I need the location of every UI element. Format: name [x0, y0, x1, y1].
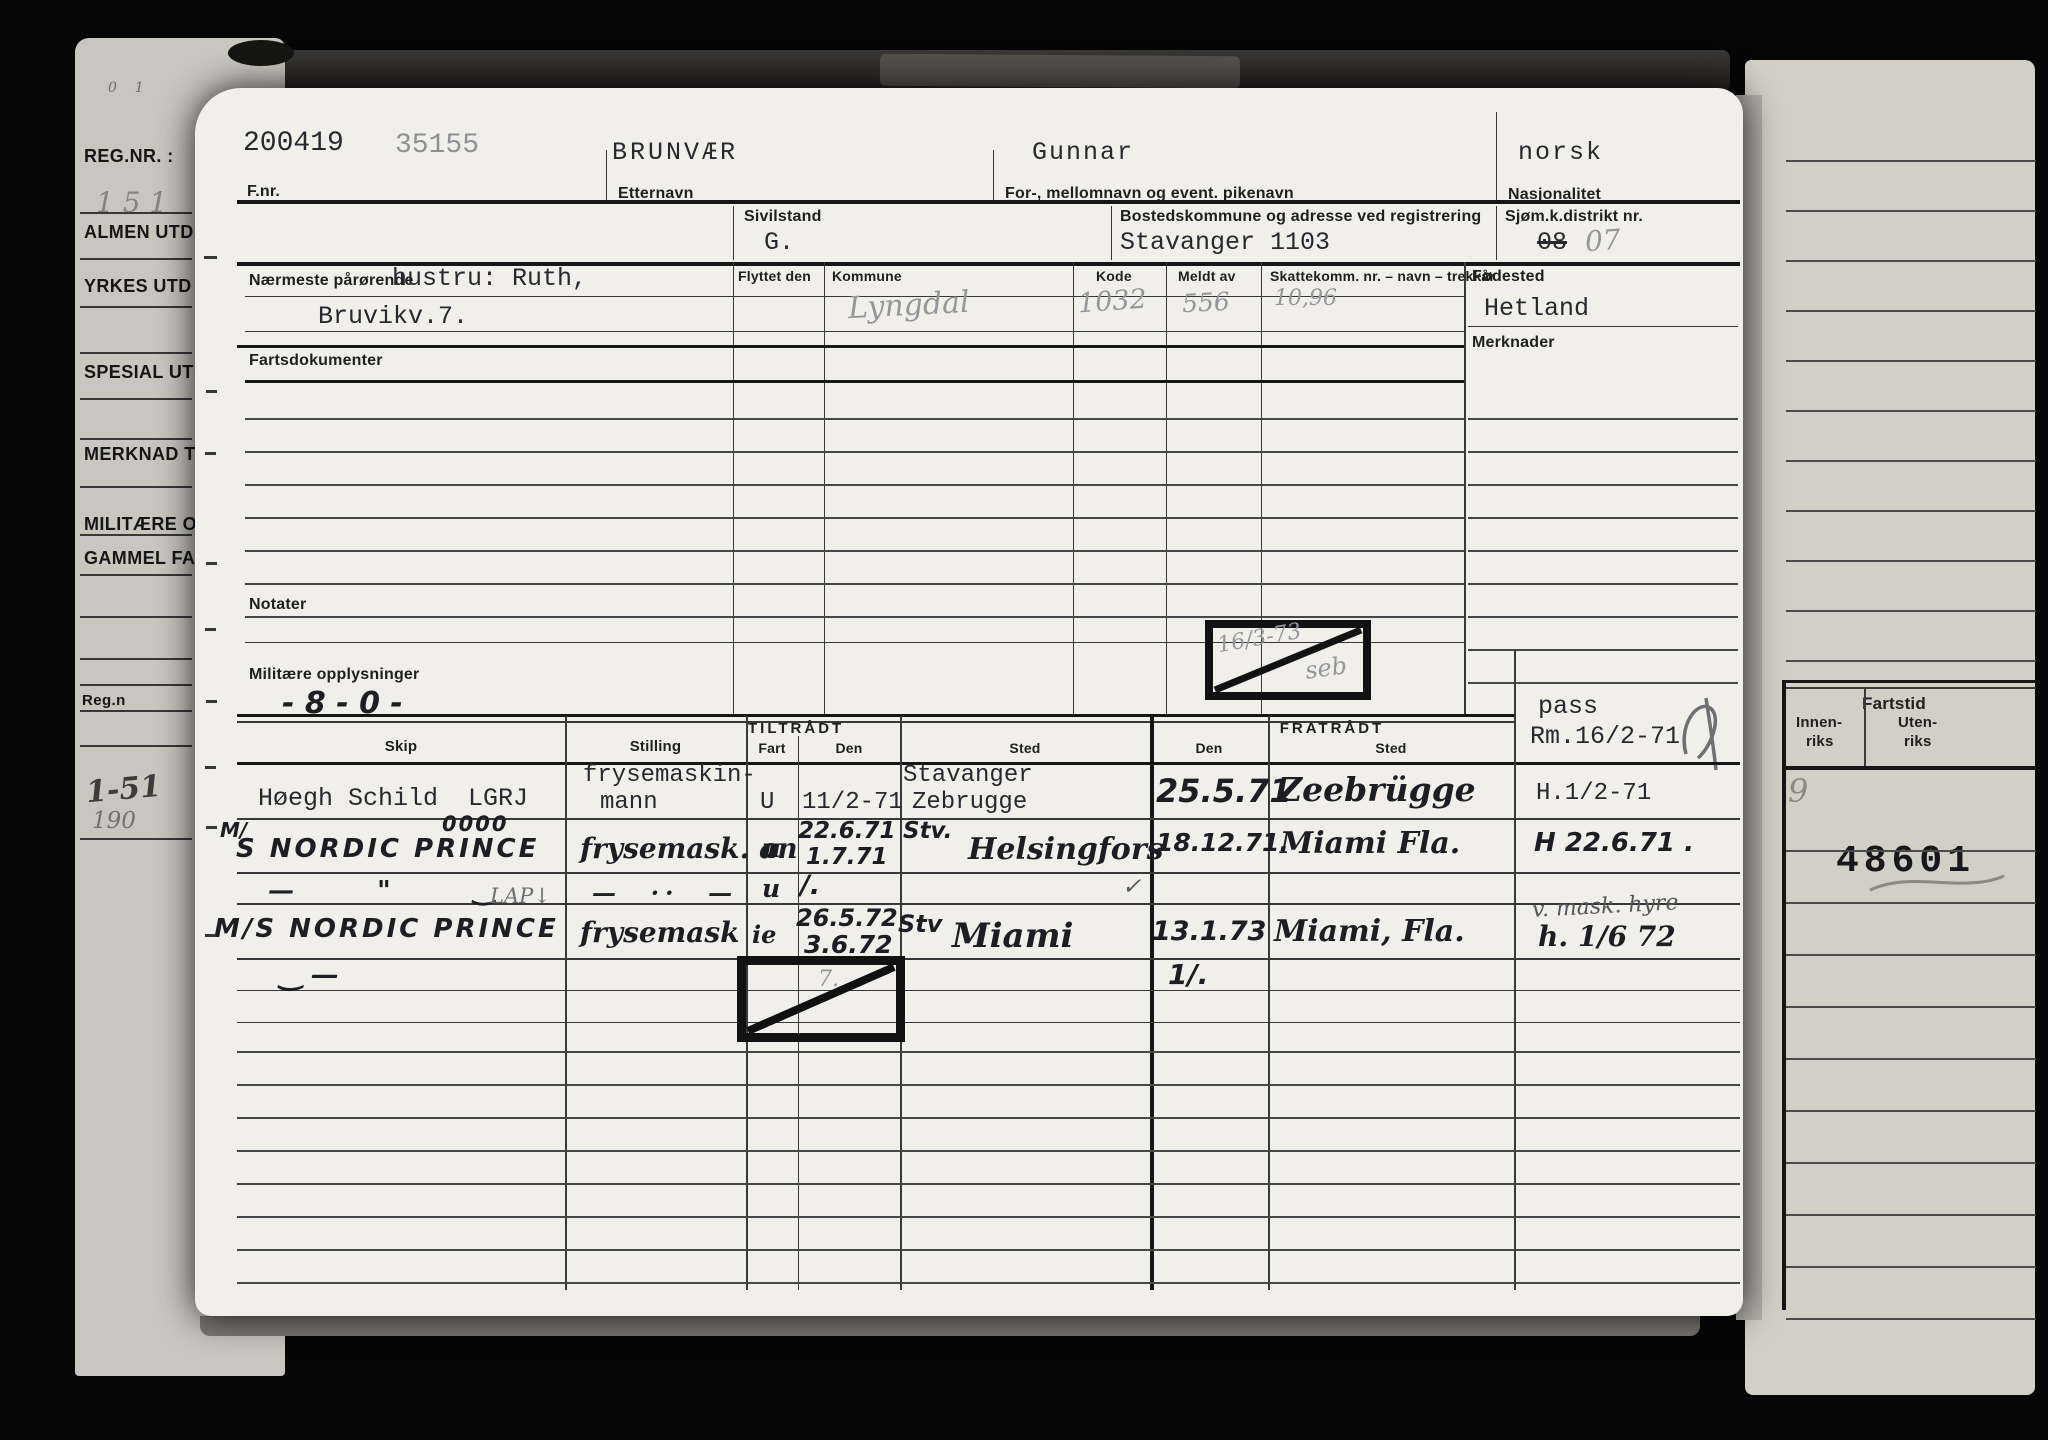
scanned-document-scene: 0 1 REG.NR. : 1 5 1 ALMEN UTD YRKES UTD …	[0, 0, 2048, 1440]
bottom-card-edge	[200, 1316, 1700, 1336]
code-label: Kode	[1096, 268, 1132, 284]
row2b-trade: u	[762, 874, 780, 903]
stamp-box-2-pencil: 7.	[818, 967, 839, 992]
section-line	[237, 345, 1464, 348]
nationality-value: norsk	[1518, 138, 1603, 167]
row2-joined-date1: 22.6.71	[798, 818, 896, 844]
divider-line	[80, 398, 192, 400]
col-header-left-place: Sted	[1268, 740, 1514, 756]
row-line	[237, 872, 1740, 874]
rule-line	[245, 331, 1464, 332]
row1-joined-place-line1: Stavanger	[903, 762, 1033, 789]
row2b-ship-ditto: — " ‿	[268, 876, 509, 906]
left-card-pencil-151b: 1-51	[85, 769, 163, 810]
remarks-ruled-lines	[1468, 387, 1738, 689]
fartstid-top-line	[1782, 680, 2036, 683]
row-line	[237, 990, 1740, 991]
divider-line	[80, 352, 192, 354]
divider-line	[80, 534, 192, 536]
code-value: 1032	[1077, 284, 1148, 320]
row3-ship-name: M/S NORDIC PRINCE	[214, 914, 559, 944]
marital-label: Sivilstand	[744, 208, 822, 226]
tax-label: Skattekomm. nr. – navn – trekkår	[1270, 268, 1495, 284]
row2-remark: H 22.6.71 .	[1534, 828, 1694, 858]
row3-joined-date2: 3.6.72	[804, 930, 893, 959]
punch-hole-shadow	[228, 40, 294, 66]
margin-tick	[206, 390, 217, 393]
reported-label: Meldt av	[1178, 268, 1236, 284]
section-line	[245, 380, 1464, 383]
kin-label: Nærmeste pårørende	[249, 272, 414, 290]
remarks-label: Merknader	[1472, 334, 1555, 352]
col-header-ship: Skip	[237, 738, 565, 755]
left-card-pencil-151: 1 5 1	[96, 186, 167, 219]
table-top-line	[237, 714, 1514, 717]
utenriks-label-1: Uten-	[1898, 714, 1937, 731]
row2-left-date: 18.12.71.	[1156, 828, 1289, 857]
row-line	[237, 958, 1740, 960]
fartstid-top-line2	[1782, 687, 2036, 689]
left-card-top-marks: 0 1	[108, 80, 144, 96]
row3-trade: ie	[752, 920, 776, 949]
margin-tick	[206, 700, 217, 703]
divider-line	[80, 616, 192, 618]
right-card-ruled-lines-upper	[1786, 112, 2036, 668]
left-card-label-militare: MILITÆRE O	[84, 514, 197, 535]
documents-label: Fartsdokumenter	[249, 352, 383, 370]
row2-joined-place-a: Stv.	[903, 818, 952, 844]
row1-ship-name: Høegh Schild LGRJ	[258, 784, 528, 813]
divider-line	[80, 710, 192, 712]
row3-joined-date1: 26.5.72	[796, 904, 898, 932]
divider-line	[80, 574, 192, 576]
field-separator	[733, 206, 734, 260]
row3b-ship-ditto: ‿—	[280, 958, 347, 991]
surname-value: BRUNVÆR	[612, 138, 738, 167]
left-card-label-gammel: GAMMEL FAR	[84, 548, 209, 569]
row1-joined-date: 11/2-71	[802, 789, 903, 816]
row3-left-place: Miami, Fla.	[1274, 914, 1465, 949]
reg-number: 200419	[243, 128, 344, 159]
military-label: Militære opplysninger	[249, 666, 419, 684]
torn-paper-highlight	[880, 54, 1240, 89]
tax-value: 10,96	[1274, 286, 1337, 311]
divider-line	[80, 438, 192, 440]
margin-tick	[206, 826, 217, 829]
margin-tick	[205, 452, 216, 455]
left-group-header: FRATRÅDT	[1150, 720, 1514, 737]
section-line	[237, 200, 1740, 204]
row3-joined-place-a: Stv	[898, 910, 942, 938]
row2b-position-ditto: — ·· —	[592, 878, 738, 907]
cancellation-stamp-box: 16/3-73 seb	[1205, 620, 1371, 700]
marital-value: G.	[764, 228, 794, 257]
district-label: Sjøm.k.distrikt nr.	[1505, 208, 1643, 226]
rule-line	[1468, 326, 1738, 327]
margin-tick	[204, 256, 217, 259]
col-header-left-date: Den	[1150, 740, 1268, 756]
municipality-value: Lyngdal	[847, 285, 970, 326]
moved-label: Flyttet den	[738, 268, 811, 284]
row2-trade: u	[762, 834, 781, 864]
kin-line2: Bruvikv.7.	[318, 302, 468, 331]
innenriks-label-1: Innen-	[1796, 714, 1842, 731]
field-separator	[606, 150, 607, 200]
district-old-value: 08	[1537, 228, 1567, 257]
row3-joined-place-b: Miami	[952, 916, 1073, 956]
kin-line1: hustru: Ruth,	[392, 264, 587, 293]
row1-remark: H.1/2-71	[1536, 780, 1651, 807]
fartstid-label: Fartstid	[1862, 694, 1926, 714]
left-card-label-regnr: REG.NR. :	[84, 146, 174, 167]
divider-line	[80, 306, 192, 308]
residence-label: Bostedskommune og adresse ved registreri…	[1120, 208, 1481, 226]
notes-label: Notater	[249, 596, 306, 614]
field-separator	[1111, 206, 1112, 260]
divider-line	[80, 658, 192, 660]
row2b-date-ditto: /.	[800, 870, 820, 901]
row1-left-date: 25.5.71	[1156, 772, 1292, 810]
pass-note-line1: pass	[1538, 692, 1598, 721]
row3-ship-note: LAP↓	[490, 884, 551, 908]
row2-ship-name: S NORDIC PRINCE	[236, 834, 539, 864]
row1-left-place: Zeebrügge	[1278, 770, 1476, 809]
divider-line	[80, 745, 192, 747]
row1-joined-place-line2: Zebrugge	[912, 789, 1027, 816]
check-mark: ✓	[1122, 874, 1141, 900]
innenriks-label-2: riks	[1806, 733, 1834, 750]
pass-note-line2: Rm.16/2-71	[1530, 722, 1680, 751]
divider-line	[80, 486, 192, 488]
col-header-date: Den	[798, 740, 900, 756]
right-card-ruled-lines-lower	[1786, 800, 2036, 1340]
left-card-label-merknad: MERKNAD T	[84, 444, 196, 465]
col-header-place: Sted	[900, 740, 1150, 756]
divider-line	[80, 258, 192, 260]
fnr-label: F.nr.	[247, 183, 280, 201]
documents-ruled-lines	[245, 387, 1464, 625]
cancellation-stamp-box-2: 7.	[737, 956, 905, 1042]
reg-number-secondary: 35155	[395, 130, 479, 161]
divider-line	[80, 838, 192, 840]
reported-value: 556	[1181, 287, 1230, 318]
row2-left-place: Miami Fla.	[1280, 826, 1460, 861]
row1-trade: U	[760, 789, 774, 816]
row3-position: frysemask	[580, 916, 740, 949]
divider-line	[80, 684, 192, 686]
fartstid-divider	[1864, 688, 1866, 768]
row1-position-line1: frysemaskin-	[583, 762, 756, 789]
field-separator	[1496, 112, 1497, 200]
row1-position-line2: mann	[600, 789, 658, 816]
row2-ship-note: 0000	[442, 812, 508, 836]
left-card-label-yrkes: YRKES UTD	[84, 276, 192, 297]
left-card-pencil-190: 190	[92, 808, 136, 834]
fartstid-bottom-line	[1782, 766, 2036, 770]
birthplace-value: Hetland	[1484, 294, 1589, 323]
col-header-position: Stilling	[565, 738, 746, 755]
margin-tick	[205, 934, 216, 937]
district-new-value: 07	[1584, 223, 1622, 258]
left-card-label-spesial: SPESIAL UTD	[84, 362, 207, 383]
field-separator	[993, 150, 994, 200]
empty-rows-ruled-lines	[237, 1020, 1740, 1288]
margin-tick	[206, 562, 217, 565]
utenriks-label-2: riks	[1904, 733, 1932, 750]
stamp-box-initials: seb	[1303, 651, 1348, 685]
row3b-left-date-ditto: 1/.	[1168, 958, 1208, 991]
row2-joined-date2: 1.7.71	[806, 844, 888, 870]
field-separator	[1496, 206, 1497, 260]
row3-remark-ink: h. 1/6 72	[1538, 920, 1676, 953]
firstname-value: Gunnar	[1032, 138, 1134, 167]
margin-tick	[205, 628, 216, 631]
margin-tick	[205, 766, 216, 769]
divider-line	[80, 212, 192, 214]
municipality-label: Kommune	[832, 268, 902, 284]
left-card-label-regn: Reg.n	[82, 692, 126, 709]
row2-joined-place-b: Helsingfors	[968, 832, 1164, 867]
birthplace-label: Fødested	[1472, 268, 1545, 286]
row3-left-date: 13.1.73	[1152, 916, 1266, 947]
column-line	[1464, 262, 1466, 716]
joined-group-header: TILTRÅDT	[748, 720, 844, 737]
left-card-label-almen: ALMEN UTD	[84, 222, 194, 243]
residence-value: Stavanger 1103	[1120, 228, 1330, 257]
col-header-trade: Fart	[746, 740, 798, 756]
